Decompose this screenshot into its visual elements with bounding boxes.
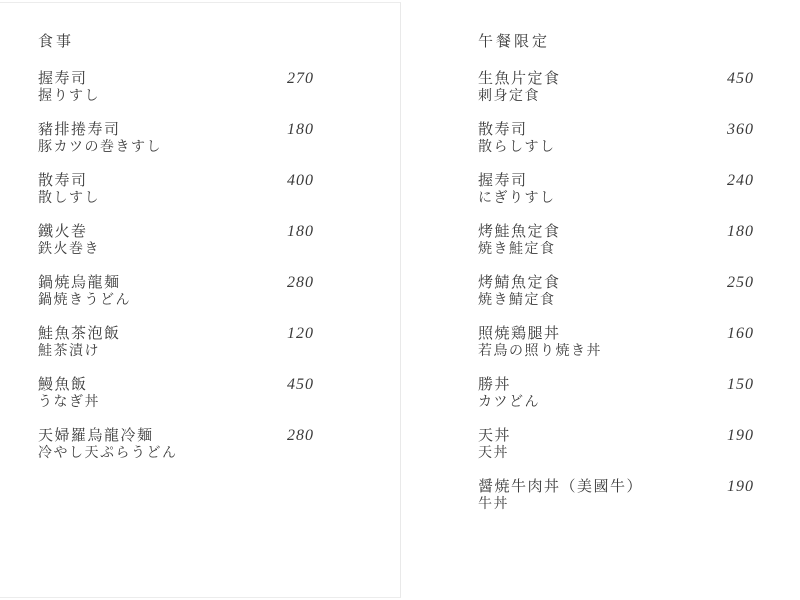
item-price: 280 bbox=[287, 274, 314, 292]
item-name-ja: 鉄火巻き bbox=[38, 241, 314, 259]
menu-item: 烤鮭魚定食焼き鮭定食180 bbox=[478, 223, 754, 259]
item-price: 280 bbox=[287, 427, 314, 445]
item-name-zh: 天婦羅烏龍冷麺 bbox=[38, 427, 314, 445]
item-price: 180 bbox=[727, 223, 754, 241]
item-price: 250 bbox=[727, 274, 754, 292]
menu-item: 鮭魚茶泡飯鮭茶漬け120 bbox=[38, 325, 314, 361]
menu-item: 天婦羅烏龍冷麺冷やし天ぷらうどん280 bbox=[38, 427, 314, 463]
item-name-ja: 天丼 bbox=[478, 445, 754, 463]
menu-column-meals: 食事 握寿司握りすし270豬排捲寿司豚カツの巻きすし180散寿司散しすし400鐵… bbox=[38, 33, 314, 478]
menu-item: 生魚片定食刺身定食450 bbox=[478, 70, 754, 106]
menu-column-lunch-limited: 午餐限定 生魚片定食刺身定食450散寿司散らしすし360握寿司にぎりすし240烤… bbox=[478, 33, 754, 529]
item-name-ja: 豚カツの巻きすし bbox=[38, 139, 314, 157]
menu-item: 散寿司散らしすし360 bbox=[478, 121, 754, 157]
item-name-ja: 握りすし bbox=[38, 88, 314, 106]
item-name-ja: 散しすし bbox=[38, 190, 314, 208]
item-name-zh: 豬排捲寿司 bbox=[38, 121, 314, 139]
column-header-lunch-limited: 午餐限定 bbox=[478, 33, 754, 51]
menu-item-list: 生魚片定食刺身定食450散寿司散らしすし360握寿司にぎりすし240烤鮭魚定食焼… bbox=[478, 70, 754, 514]
item-price: 270 bbox=[287, 70, 314, 88]
item-name-ja: 焼き鮭定食 bbox=[478, 241, 754, 259]
item-name-ja: 刺身定食 bbox=[478, 88, 754, 106]
menu-item: 鍋焼烏龍麺鍋焼きうどん280 bbox=[38, 274, 314, 310]
item-name-zh: 散寿司 bbox=[38, 172, 314, 190]
column-header-meals: 食事 bbox=[38, 33, 314, 51]
item-name-ja: 冷やし天ぷらうどん bbox=[38, 445, 314, 463]
item-name-ja: 若鳥の照り焼き丼 bbox=[478, 343, 754, 361]
menu-document: 食事 握寿司握りすし270豬排捲寿司豚カツの巻きすし180散寿司散しすし400鐵… bbox=[0, 0, 800, 600]
item-price: 450 bbox=[287, 376, 314, 394]
item-name-zh: 烤鮭魚定食 bbox=[478, 223, 754, 241]
item-price: 180 bbox=[287, 121, 314, 139]
item-name-zh: 天丼 bbox=[478, 427, 754, 445]
menu-item: 鰻魚飯うなぎ丼450 bbox=[38, 376, 314, 412]
item-name-ja: 焼き鯖定食 bbox=[478, 292, 754, 310]
item-name-zh: 鐵火巻 bbox=[38, 223, 314, 241]
item-name-ja: うなぎ丼 bbox=[38, 394, 314, 412]
item-name-ja: 鍋焼きうどん bbox=[38, 292, 314, 310]
item-price: 120 bbox=[287, 325, 314, 343]
item-name-zh: 鍋焼烏龍麺 bbox=[38, 274, 314, 292]
menu-item: 醤焼牛肉丼（美國牛）牛丼190 bbox=[478, 478, 754, 514]
item-name-zh: 握寿司 bbox=[38, 70, 314, 88]
item-name-zh: 勝丼 bbox=[478, 376, 754, 394]
menu-item: 烤鯖魚定食焼き鯖定食250 bbox=[478, 274, 754, 310]
item-name-zh: 鮭魚茶泡飯 bbox=[38, 325, 314, 343]
item-name-zh: 生魚片定食 bbox=[478, 70, 754, 88]
item-name-zh: 握寿司 bbox=[478, 172, 754, 190]
menu-item: 握寿司にぎりすし240 bbox=[478, 172, 754, 208]
item-price: 160 bbox=[727, 325, 754, 343]
menu-item: 散寿司散しすし400 bbox=[38, 172, 314, 208]
item-price: 150 bbox=[727, 376, 754, 394]
menu-item: 天丼天丼190 bbox=[478, 427, 754, 463]
menu-item: 勝丼カツどん150 bbox=[478, 376, 754, 412]
item-name-ja: 鮭茶漬け bbox=[38, 343, 314, 361]
menu-item: 鐵火巻鉄火巻き180 bbox=[38, 223, 314, 259]
item-name-ja: カツどん bbox=[478, 394, 754, 412]
item-name-zh: 照焼鶏腿丼 bbox=[478, 325, 754, 343]
item-price: 240 bbox=[727, 172, 754, 190]
item-price: 190 bbox=[727, 478, 754, 496]
item-price: 400 bbox=[287, 172, 314, 190]
item-name-zh: 散寿司 bbox=[478, 121, 754, 139]
item-price: 180 bbox=[287, 223, 314, 241]
item-name-ja: にぎりすし bbox=[478, 190, 754, 208]
menu-item-list: 握寿司握りすし270豬排捲寿司豚カツの巻きすし180散寿司散しすし400鐵火巻鉄… bbox=[38, 70, 314, 463]
item-name-ja: 牛丼 bbox=[478, 496, 754, 514]
item-name-zh: 鰻魚飯 bbox=[38, 376, 314, 394]
item-price: 450 bbox=[727, 70, 754, 88]
item-name-zh: 醤焼牛肉丼（美國牛） bbox=[478, 478, 754, 496]
item-price: 190 bbox=[727, 427, 754, 445]
item-price: 360 bbox=[727, 121, 754, 139]
menu-item: 豬排捲寿司豚カツの巻きすし180 bbox=[38, 121, 314, 157]
menu-item: 握寿司握りすし270 bbox=[38, 70, 314, 106]
item-name-ja: 散らしすし bbox=[478, 139, 754, 157]
item-name-zh: 烤鯖魚定食 bbox=[478, 274, 754, 292]
menu-item: 照焼鶏腿丼若鳥の照り焼き丼160 bbox=[478, 325, 754, 361]
